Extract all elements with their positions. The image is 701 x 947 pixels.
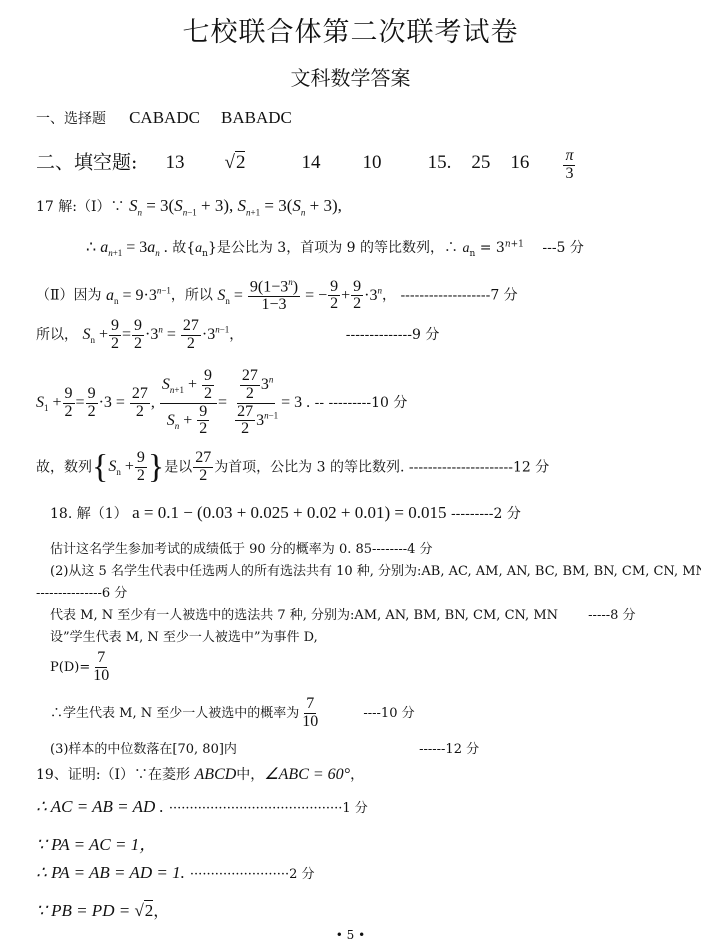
text: ABCD bbox=[195, 766, 237, 783]
text: （Ⅱ）因为 bbox=[36, 288, 102, 304]
text: (3)样本的中位数落在[70, 80]内 bbox=[50, 742, 237, 757]
q17-line5: S1 +92=92·3 = 272, Sn+1 + 92Sn + 92= 272… bbox=[36, 368, 407, 438]
frac-numerator: 7 bbox=[304, 696, 316, 714]
q17-line4: 所以， Sn +92=92·3n = 272·3n−1， -----------… bbox=[36, 318, 439, 353]
q19-line4: ∴ PA = AB = AD = 1. ····················… bbox=[36, 863, 315, 883]
q18-line2: 估计这名学生参加考试的成绩低于 90 分的概率为 0. 85--------4 … bbox=[50, 538, 433, 557]
q17-line2: ∴ an+1 = 3an . 故{an}是公比为 3，首项为 9 的等比数列，∴… bbox=[86, 237, 584, 259]
frac-numerator: π bbox=[563, 148, 575, 166]
frac-denominator: 10 bbox=[300, 714, 320, 731]
q17-line1: 17 解:（Ⅰ）∵ Sn = 3(Sn−1 + 3), Sn+1 = 3(Sn … bbox=[36, 196, 342, 217]
q17-score-7: -------------------7 分 bbox=[400, 288, 517, 304]
section-fill-label: 二、填空题: bbox=[36, 151, 137, 173]
q18-line6: 设”学生代表 M, N 至少一人被选中”为事件 D, bbox=[50, 626, 318, 645]
q18-line9: (3)样本的中位数落在[70, 80]内 ------12 分 bbox=[50, 738, 479, 757]
q18-line3: (2)从这 5 名学生代表中任选两人的所有选法共有 10 种, 分别为:AB, … bbox=[50, 560, 701, 579]
frac-denominator: 3 bbox=[563, 166, 575, 183]
text: ， bbox=[350, 767, 364, 783]
text: ∴ AC = AB = AD . bbox=[36, 797, 164, 816]
q18-line1: 18. 解（1） a = 0.1 − (0.03 + 0.025 + 0.02 … bbox=[50, 503, 521, 523]
q18-score-10: ----10 分 bbox=[363, 706, 414, 721]
q19-score-2: ························2 分 bbox=[190, 867, 315, 882]
q19-line2: ∴ AC = AB = AD . ·······················… bbox=[36, 797, 368, 817]
q18-line4: ---------------6 分 bbox=[36, 582, 127, 601]
q18-line8: ∴学生代表 M, N 至少一人被选中的概率为710 ----10 分 bbox=[50, 696, 415, 731]
q18-equation: a = 0.1 − (0.03 + 0.025 + 0.02 + 0.01) =… bbox=[132, 503, 446, 522]
q18-line7: P(D)=710 bbox=[50, 650, 112, 685]
page-number: • 5 • bbox=[0, 928, 701, 942]
choice-answers-b: BABADC bbox=[221, 108, 292, 127]
q13-answer: √2 bbox=[225, 152, 246, 173]
text: 为首项，公比为 3 的等比数列. bbox=[214, 459, 404, 475]
q17-intro: 17 解:（Ⅰ）∵ bbox=[36, 199, 125, 215]
text: 所以， bbox=[36, 327, 78, 343]
q18-score-12: ------12 分 bbox=[419, 742, 479, 757]
text: 19、证明:（Ⅰ）∵在菱形 bbox=[36, 767, 190, 783]
text: 中， bbox=[236, 767, 264, 783]
q16-answer: π 3 bbox=[563, 148, 575, 183]
q17-score-9: --------------9 分 bbox=[346, 327, 440, 343]
q17-score-5: ---5 分 bbox=[542, 240, 584, 256]
q13-number: 13 bbox=[165, 152, 184, 173]
q19-line1: 19、证明:（Ⅰ）∵在菱形 ABCD中，∠ABC = 60°， bbox=[36, 764, 364, 784]
q16-number: 16 bbox=[510, 152, 529, 173]
text: ∵ PA = AC = 1， bbox=[36, 835, 156, 854]
section-fill: 二、填空题: 13 √2 14 10 15. 25 16 π 3 bbox=[36, 146, 576, 181]
frac-denominator: 10 bbox=[91, 668, 111, 685]
text: ∴学生代表 M, N 至少一人被选中的概率为 bbox=[50, 706, 299, 721]
q17-line3: （Ⅱ）因为 an = 9·3n−1，所以 Sn = 9(1−3n)1−3 = −… bbox=[36, 278, 518, 314]
frac-numerator: 7 bbox=[95, 650, 107, 668]
sqrt-radicand: 2 bbox=[144, 900, 154, 920]
text: ∵ PB = PD = bbox=[36, 901, 134, 920]
q19-line5: ∵ PB = PD = √2， bbox=[36, 898, 169, 921]
q17-score-12: ----------------------12 分 bbox=[409, 459, 549, 475]
text: 18. 解（1） bbox=[50, 506, 128, 522]
text: 是以 bbox=[164, 459, 192, 475]
q17-line6: 故，数列{Sn +92}是以272为首项，公比为 3 的等比数列. ------… bbox=[36, 450, 549, 485]
q18-line5: 代表 M, N 至少有一人被选中的选法共 7 种, 分别为:AM, AN, BM… bbox=[50, 604, 636, 623]
document-title: 七校联合体第二次联考试卷 bbox=[0, 10, 701, 49]
q19-line3: ∵ PA = AC = 1， bbox=[36, 830, 156, 855]
text: ∴ PA = AB = AD = 1. bbox=[36, 863, 185, 882]
q19-score-1: ········································… bbox=[169, 801, 368, 816]
q14-answer: 10 bbox=[363, 152, 382, 173]
section-choice-label: 一、选择题 bbox=[36, 111, 106, 127]
text: P(D)= bbox=[50, 660, 90, 675]
text: ，所以 bbox=[171, 288, 213, 304]
text: 故，数列 bbox=[36, 459, 92, 475]
text: ， bbox=[153, 901, 169, 920]
choice-answers-a: CABADC bbox=[129, 108, 200, 127]
q18-score-2: ---------2 分 bbox=[451, 506, 521, 522]
document-subtitle: 文科数学答案 bbox=[0, 62, 701, 91]
q15-number: 15. bbox=[428, 152, 452, 173]
q14-number: 14 bbox=[301, 152, 320, 173]
q18-score-8: -----8 分 bbox=[588, 608, 635, 623]
q15-answer: 25 bbox=[471, 152, 490, 173]
q17-score-10: -- ---------10 分 bbox=[315, 395, 408, 411]
text: ∠ABC = 60° bbox=[264, 766, 350, 783]
section-choice: 一、选择题 CABADC BABADC bbox=[36, 108, 292, 128]
sqrt-radicand: 2 bbox=[235, 151, 246, 173]
text: 代表 M, N 至少有一人被选中的选法共 7 种, 分别为:AM, AN, BM… bbox=[50, 608, 558, 623]
